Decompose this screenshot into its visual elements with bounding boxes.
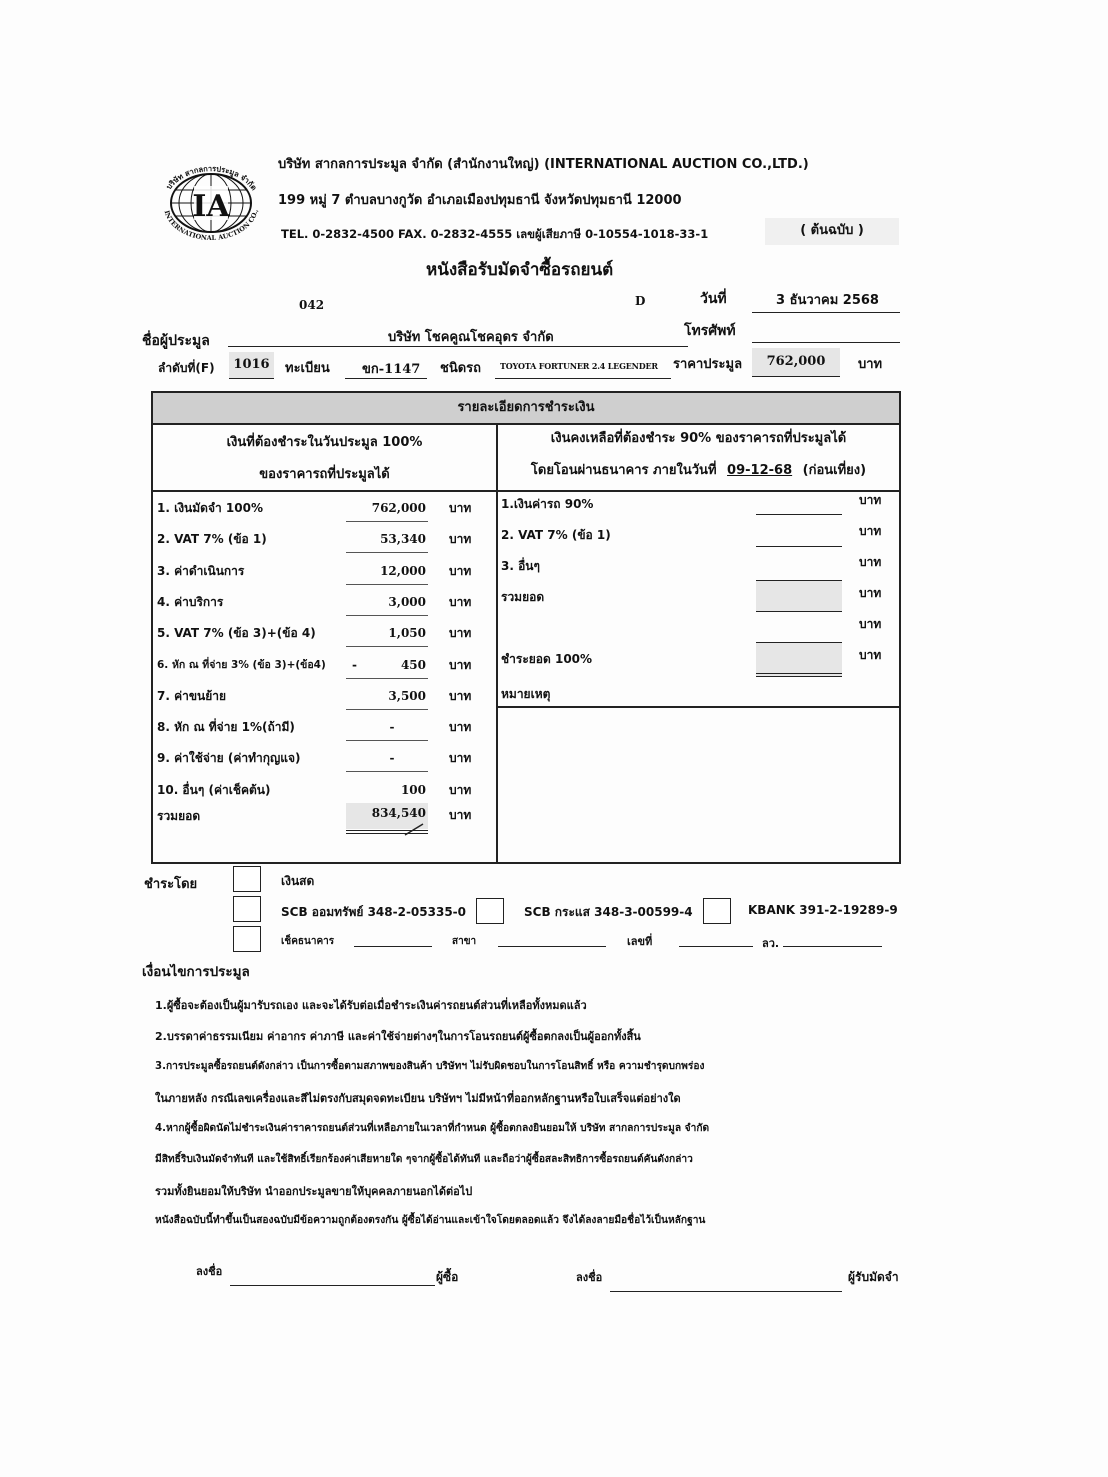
condition-line: รวมทั้งยินยอมให้บริษัท นำออกประมูลขายให้… xyxy=(155,1182,472,1200)
car-type-underline xyxy=(495,378,671,379)
row-label: 1. เงินมัดจำ 100% xyxy=(157,497,263,519)
bidder-label: ชื่อผู้ประมูล xyxy=(142,330,210,352)
row-unit: บาท xyxy=(859,489,881,511)
cheque-bank-field[interactable] xyxy=(354,946,432,947)
right-heading-line1: เงินคงเหลือที่ต้องชำระ 90% ของราคารถที่ป… xyxy=(498,422,899,456)
date-underline xyxy=(752,312,900,313)
globe-ia-logo-icon: IA บริษัท สากลการประมูล จำกัด INTERNATIO… xyxy=(152,158,270,242)
row-label: 7. ค่าขนย้าย xyxy=(157,685,226,707)
left-payment-row: 9. ค่าใช้จ่าย (ค่าทำกุญแจ)-บาท xyxy=(157,747,492,769)
right-full-payment-box[interactable] xyxy=(756,642,842,677)
row-unit: บาท xyxy=(859,551,881,573)
price-label: ราคาประมูล xyxy=(673,353,742,374)
kbank-checkbox[interactable] xyxy=(703,898,731,924)
row-value[interactable]: 100 xyxy=(346,779,426,801)
row-value-underline xyxy=(346,521,428,522)
condition-line: มีสิทธิ์ริบเงินมัดจำทันที และใช้สิทธิ์เร… xyxy=(155,1151,693,1167)
phone-underline xyxy=(752,342,900,343)
price-unit: บาท xyxy=(858,353,882,374)
cash-checkbox[interactable] xyxy=(233,866,261,892)
row-value[interactable]: 1,050 xyxy=(346,622,426,644)
date-label: วันที่ xyxy=(700,288,727,310)
left-total-row: รวมยอด xyxy=(157,805,487,827)
cheque-checkbox[interactable] xyxy=(233,926,261,952)
row-unit: บาท xyxy=(449,591,471,613)
car-type-value[interactable]: TOYOTA FORTUNER 2.4 LEGENDER xyxy=(500,361,658,371)
right-payment-row: 3. อื่นๆบาท xyxy=(501,555,896,577)
condition-line: 1.ผู้ซื้อจะต้องเป็นผู้มารับรถเอง และจะได… xyxy=(155,996,587,1014)
left-payment-row: 4. ค่าบริการ3,000บาท xyxy=(157,591,492,613)
row-unit: บาท xyxy=(859,613,881,635)
row-value[interactable]: 762,000 xyxy=(346,497,426,519)
remark-divider xyxy=(498,706,899,708)
left-heading-line1: เงินที่ต้องชำระในวันประมูล 100% xyxy=(153,426,496,460)
right-heading-line2: โดยโอนผ่านธนาคาร ภายในวันที่ 09-12-68 (ก… xyxy=(498,454,899,488)
left-total-unit: บาท xyxy=(449,806,471,825)
date-value: 3 ธันวาคม 2568 xyxy=(776,289,879,310)
left-payment-row: 6. หัก ณ ที่จ่าย 3% (ข้อ 3)+(ข้อ4)-450บา… xyxy=(157,654,492,676)
cash-label: เงินสด xyxy=(281,872,314,891)
bidder-underline xyxy=(228,346,688,347)
left-payment-row: 2. VAT 7% (ข้อ 1)53,340บาท xyxy=(157,528,492,550)
row-label: 2. VAT 7% (ข้อ 1) xyxy=(501,524,611,546)
row-label: 2. VAT 7% (ข้อ 1) xyxy=(157,528,267,550)
row-value[interactable]: 3,000 xyxy=(346,591,426,613)
row-label: 3. ค่าดำเนินการ xyxy=(157,560,244,582)
condition-line: 2.บรรดาค่าธรรมเนียม ค่าอากร ค่าภาษี และค… xyxy=(155,1027,641,1045)
phone-label: โทรศัพท์ xyxy=(684,320,736,342)
receiver-sign-label: ลงชื่อ xyxy=(576,1268,602,1286)
lot-label: ลำดับที่(F) xyxy=(158,359,215,378)
due-date: 09-12-68 xyxy=(727,463,792,478)
scb-savings-account: SCB ออมทรัพย์ 348-2-05335-0 xyxy=(281,903,466,922)
conditions-title: เงื่อนไขการประมูล xyxy=(142,960,250,982)
copy-label: ( ต้นฉบับ ) xyxy=(765,218,899,245)
plate-label: ทะเบียน xyxy=(285,357,330,378)
row-label: 3. อื่นๆ xyxy=(501,555,540,577)
cheque-number-field[interactable] xyxy=(679,946,753,947)
row-unit: บาท xyxy=(859,520,881,542)
left-payment-row: 5. VAT 7% (ข้อ 3)+(ข้อ 4)1,050บาท xyxy=(157,622,492,644)
condition-line: หนังสือฉบับนี้ทำขึ้นเป็นสองฉบับมีข้อความ… xyxy=(155,1212,705,1228)
right-total-box[interactable] xyxy=(756,580,842,612)
left-heading-line2: ของราคารถที่ประมูลได้ xyxy=(153,458,496,492)
row-label: 9. ค่าใช้จ่าย (ค่าทำกุญแจ) xyxy=(157,747,300,769)
checkmark-stroke-icon xyxy=(403,821,427,837)
price-underline xyxy=(752,376,840,377)
right-value-field[interactable] xyxy=(756,514,842,515)
left-total-value[interactable]: 834,540 xyxy=(346,806,426,820)
left-total-label: รวมยอด xyxy=(157,805,200,827)
left-payment-row: 10. อื่นๆ (ค่าเช็คต้น)100บาท xyxy=(157,779,492,801)
company-logo: IA บริษัท สากลการประมูล จำกัด INTERNATIO… xyxy=(152,158,270,242)
row-unit: บาท xyxy=(449,716,471,738)
cheque-number-label: เลขที่ xyxy=(627,932,652,950)
company-contact: TEL. 0-2832-4500 FAX. 0-2832-4555 เลขผู้… xyxy=(281,226,708,244)
row-value-underline xyxy=(346,678,428,679)
row-unit: บาท xyxy=(449,497,471,519)
document-code: D xyxy=(635,294,645,308)
row-unit: บาท xyxy=(449,747,471,769)
row-label: 1.เงินค่ารถ 90% xyxy=(501,493,593,515)
company-name-line: บริษัท สากลการประมูล จำกัด (สำนักงานใหญ่… xyxy=(278,153,809,174)
scb-current-checkbox[interactable] xyxy=(476,898,504,924)
scb-current-account: SCB กระแส 348-3-00599-4 xyxy=(524,903,693,922)
cheque-date-field[interactable] xyxy=(783,946,882,947)
payment-details-header: รายละเอียดการชำระเงิน xyxy=(153,393,899,425)
row-unit: บาท xyxy=(449,528,471,550)
buyer-role: ผู้ซื้อ xyxy=(436,1268,458,1287)
lot-underline xyxy=(229,378,274,379)
row-value-underline xyxy=(346,615,428,616)
row-label: ชำระยอด 100% xyxy=(501,648,592,670)
right-payment-row: 1.เงินค่ารถ 90%บาท xyxy=(501,493,896,515)
buyer-sign-label: ลงชื่อ xyxy=(196,1262,222,1280)
row-label: 8. หัก ณ ที่จ่าย 1%(ถ้ามี) xyxy=(157,716,295,738)
receiver-signature-line[interactable] xyxy=(610,1291,842,1292)
row-label: 6. หัก ณ ที่จ่าย 3% (ข้อ 3)+(ข้อ4) xyxy=(157,654,326,676)
row-value-underline xyxy=(346,552,428,553)
svg-text:IA: IA xyxy=(192,189,230,224)
row-label: 5. VAT 7% (ข้อ 3)+(ข้อ 4) xyxy=(157,622,316,644)
row-value-underline xyxy=(346,740,428,741)
row-value[interactable]: - xyxy=(352,747,432,769)
row-unit: บาท xyxy=(449,560,471,582)
row-unit: บาท xyxy=(859,644,881,666)
row-unit: บาท xyxy=(449,779,471,801)
row-label: 10. อื่นๆ (ค่าเช็คต้น) xyxy=(157,779,270,801)
cheque-date-label: ลว. xyxy=(762,934,779,952)
row-unit: บาท xyxy=(859,582,881,604)
row-label: รวมยอด xyxy=(501,586,544,608)
scb-savings-checkbox[interactable] xyxy=(233,896,261,922)
buyer-signature-line[interactable] xyxy=(230,1285,435,1286)
document-number: 042 xyxy=(299,298,324,312)
left-payment-row: 7. ค่าขนย้าย3,500บาท xyxy=(157,685,492,707)
row-value-underline xyxy=(346,709,428,710)
condition-line: ในภายหลัง กรณีเลขเครื่องและสีไม่ตรงกับสม… xyxy=(155,1089,681,1107)
kbank-account: KBANK 391-2-19289-9 xyxy=(748,903,898,917)
right-payment-row: บาท xyxy=(501,617,896,639)
bidder-value[interactable]: บริษัท โชคคูณโชคอุดร จำกัด xyxy=(388,326,554,347)
payment-details-table: รายละเอียดการชำระเงิน เงินที่ต้องชำระในว… xyxy=(151,391,901,864)
row-value-underline xyxy=(346,771,428,772)
row-value-underline xyxy=(346,584,428,585)
pay-by-label: ชำระโดย xyxy=(144,873,197,894)
price-value[interactable]: 762,000 xyxy=(752,348,840,376)
row-value[interactable]: 450 xyxy=(346,654,426,676)
left-payment-row: 1. เงินมัดจำ 100%762,000บาท xyxy=(157,497,492,519)
row-value[interactable]: 12,000 xyxy=(346,560,426,582)
plate-underline xyxy=(345,378,427,379)
car-type-label: ชนิดรถ xyxy=(440,357,481,378)
right-payment-row: 2. VAT 7% (ข้อ 1)บาท xyxy=(501,524,896,546)
row-value[interactable]: 53,340 xyxy=(346,528,426,550)
heading-divider xyxy=(153,490,899,492)
right-value-field[interactable] xyxy=(756,546,842,547)
cheque-label: เช็คธนาคาร xyxy=(281,934,334,949)
lot-value[interactable]: 1016 xyxy=(229,352,274,378)
condition-line: 3.การประมูลซื้อรถยนต์ดังกล่าว เป็นการซื้… xyxy=(155,1058,704,1074)
branch-field[interactable] xyxy=(498,946,606,947)
company-address: 199 หมู่ 7 ตำบลบางกูวัด อำเภอเมืองปทุมธา… xyxy=(278,189,682,210)
row-value[interactable]: 3,500 xyxy=(346,685,426,707)
row-value[interactable]: - xyxy=(352,716,432,738)
row-unit: บาท xyxy=(449,685,471,707)
left-payment-row: 3. ค่าดำเนินการ12,000บาท xyxy=(157,560,492,582)
condition-line: 4.หากผู้ซื้อผิดนัดไม่ชำระเงินค่าราคารถยน… xyxy=(155,1120,709,1136)
row-unit: บาท xyxy=(449,654,471,676)
plate-value[interactable]: ขก-1147 xyxy=(362,358,420,379)
branch-label: สาขา xyxy=(452,934,476,949)
remark-label: หมายเหตุ xyxy=(501,685,550,704)
row-value-underline xyxy=(346,646,428,647)
document-title: หนังสือรับมัดจำซื้อรถยนต์ xyxy=(426,256,613,283)
receiver-role: ผู้รับมัดจำ xyxy=(848,1268,899,1287)
left-payment-row: 8. หัก ณ ที่จ่าย 1%(ถ้ามี)-บาท xyxy=(157,716,492,738)
row-unit: บาท xyxy=(449,622,471,644)
row-label: 4. ค่าบริการ xyxy=(157,591,223,613)
